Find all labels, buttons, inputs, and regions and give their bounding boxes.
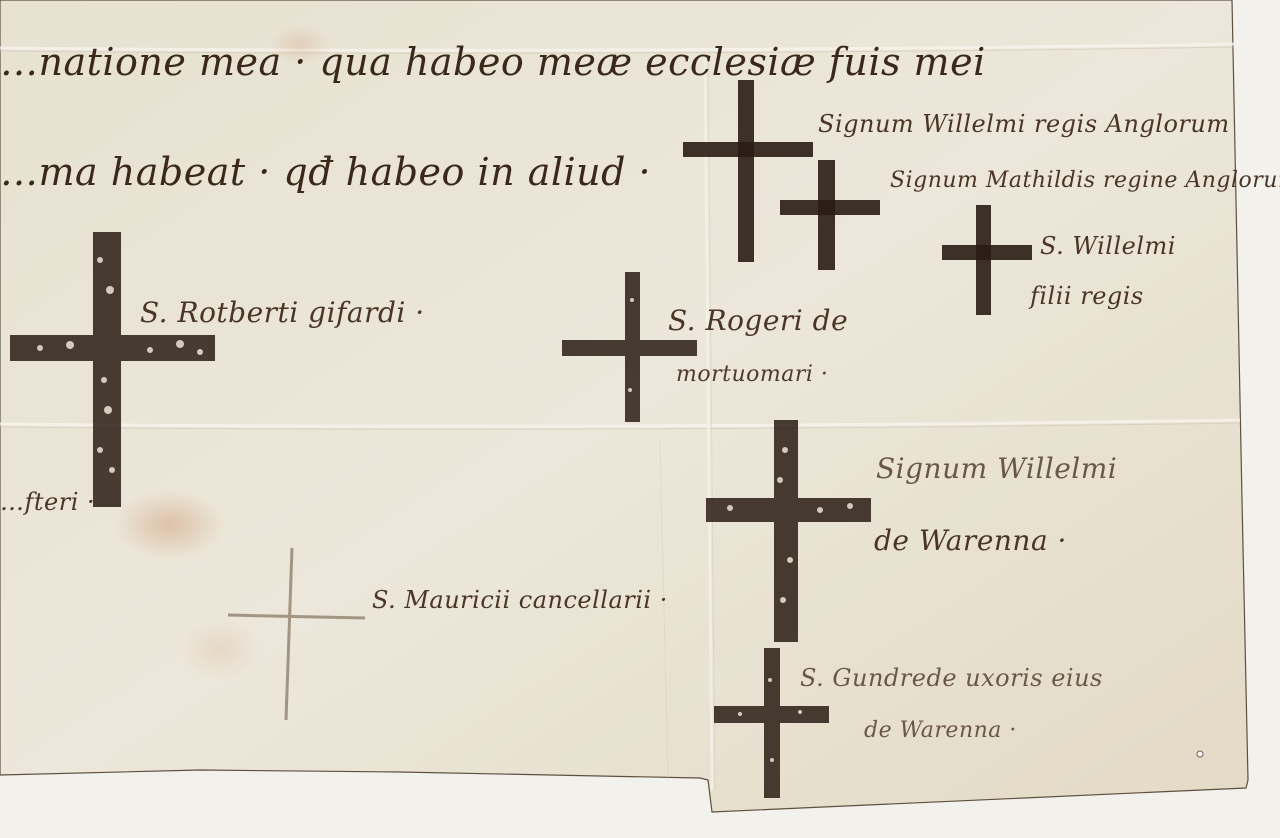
- text-line-2: …ma habeat · qđ habeo in aliud ·: [0, 150, 651, 194]
- signature-willelmi-regis: Signum Willelmi regis Anglorum: [818, 110, 1230, 138]
- signature-willelmi-filii-line2: filii regis: [1030, 282, 1144, 310]
- cross-willelmi-filii-icon: [942, 205, 1032, 315]
- signature-mauricii: S. Mauricii cancellarii ·: [372, 586, 668, 614]
- signature-willelmi-filii: S. Willelmi: [1040, 232, 1176, 260]
- signature-rogeri: S. Rogeri de: [668, 304, 848, 337]
- cross-willelmi-regis-icon: [683, 80, 813, 262]
- signature-rogeri-line2: mortuomari ·: [676, 362, 828, 387]
- cross-warenna-icon: [706, 420, 871, 642]
- signature-willelmi-de-warenna: Signum Willelmi: [876, 452, 1117, 485]
- cross-rogeri-icon: [562, 272, 697, 422]
- text-line-1: …natione mea · qua habeo meæ ecclesiæ fu…: [0, 40, 986, 84]
- signature-mathildis-regine: Signum Mathildis regine Anglorum: [890, 168, 1280, 193]
- signature-willelmi-de-warenna-line2: de Warenna ·: [874, 524, 1067, 557]
- cross-mathildis-icon: [780, 160, 880, 270]
- signature-gundrede: S. Gundrede uxoris eius: [800, 664, 1103, 692]
- cross-rotberti-icon: [10, 232, 215, 507]
- parchment-sheet: …natione mea · qua habeo meæ ecclesiæ fu…: [0, 0, 1280, 838]
- cross-mauricii-icon: [228, 548, 365, 720]
- signature-gundrede-line2: de Warenna ·: [864, 718, 1017, 743]
- signature-rotberti-gifardi: S. Rotberti gifardi ·: [140, 296, 425, 329]
- text-fragment-left: …fteri ·: [0, 488, 95, 516]
